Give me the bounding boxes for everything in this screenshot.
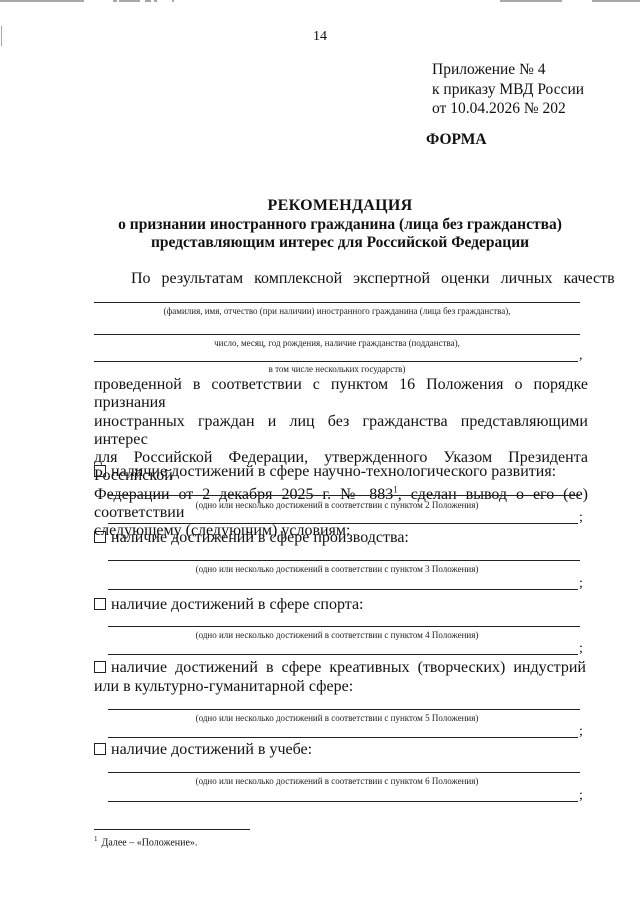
condition-production: наличие достижений в сфере производства:	[94, 529, 409, 547]
body-paragraph: проведенной в соответствии с пунктом 16 …	[94, 376, 588, 541]
document-title: РЕКОМЕНДАЦИЯ о признании иностранного гр…	[80, 197, 600, 253]
title-subtitle: представляющим интерес для Российской Фе…	[80, 234, 600, 253]
achievement-field[interactable]	[108, 654, 578, 655]
footnote-text: Далее – «Положение».	[102, 837, 198, 848]
footnote-separator	[94, 829, 250, 830]
intro-text: По результатам комплексной экспертной оц…	[131, 270, 615, 288]
condition-label: наличие достижений в сфере научно-технол…	[111, 463, 556, 480]
field-end-mark: ;	[579, 724, 583, 740]
condition-education: наличие достижений в учебе:	[94, 741, 312, 759]
achievement-field[interactable]	[108, 523, 578, 524]
checkbox[interactable]	[94, 743, 106, 755]
achievement-field[interactable]	[108, 495, 580, 496]
scan-border-artifact	[0, 0, 640, 2]
checkbox[interactable]	[94, 661, 106, 673]
achievement-field[interactable]	[108, 560, 580, 561]
title-subtitle: о признании иностранного гражданина (лиц…	[80, 216, 600, 235]
condition-label: наличие достижений в сфере креативных (т…	[111, 659, 586, 676]
full-name-field[interactable]	[94, 302, 580, 303]
citizenship-states-field[interactable]	[94, 361, 578, 362]
condition-label: наличие достижений в учебе:	[111, 741, 312, 758]
achievement-field[interactable]	[108, 626, 580, 627]
field-hint: (одно или несколько достижений в соответ…	[94, 776, 580, 786]
achievement-field[interactable]	[108, 772, 580, 773]
field-hint: (одно или несколько достижений в соответ…	[94, 630, 580, 640]
body-line: проведенной в соответствии с пунктом 16 …	[94, 376, 588, 413]
achievement-field[interactable]	[108, 737, 578, 738]
field-end-mark: ;	[579, 788, 583, 804]
field-hint: (одно или несколько достижений в соответ…	[94, 713, 580, 723]
field-hint: (одно или несколько достижений в соответ…	[94, 564, 580, 574]
checkbox[interactable]	[94, 465, 106, 477]
appendix-reference: Приложение № 4 к приказу МВД России от 1…	[432, 60, 584, 119]
footnote: 1Далее – «Положение».	[94, 835, 197, 848]
condition-science-tech: наличие достижений в сфере научно-технол…	[94, 463, 556, 481]
condition-sport: наличие достижений в сфере спорта:	[94, 596, 364, 614]
field-end-mark: ;	[579, 641, 583, 657]
checkbox[interactable]	[94, 531, 106, 543]
footnote-marker: 1	[94, 835, 98, 843]
achievement-field[interactable]	[108, 589, 578, 590]
field-hint: (фамилия, имя, отчество (при наличии) ин…	[94, 306, 580, 316]
body-line: иностранных граждан и лиц без гражданств…	[94, 413, 588, 450]
condition-label-row: наличие достижений в сфере креативных (т…	[94, 658, 586, 677]
field-hint: (одно или несколько достижений в соответ…	[94, 500, 580, 510]
field-hint: в том числе нескольких государств)	[94, 364, 580, 374]
field-end-mark: ,	[579, 348, 583, 364]
field-end-mark: ;	[579, 576, 583, 592]
appendix-line: к приказу МВД России	[432, 80, 584, 100]
appendix-line: от 10.04.2026 № 202	[432, 99, 584, 119]
checkbox[interactable]	[94, 598, 106, 610]
field-end-mark: ;	[579, 510, 583, 526]
condition-creative-industries: наличие достижений в сфере креативных (т…	[94, 658, 586, 696]
form-label: ФОРМА	[426, 131, 487, 149]
appendix-line: Приложение № 4	[432, 60, 584, 80]
condition-label-row: или в культурно-гуманитарной сфере:	[94, 677, 586, 696]
achievement-field[interactable]	[108, 709, 580, 710]
condition-label: наличие достижений в сфере производства:	[111, 529, 409, 546]
birth-citizenship-field[interactable]	[94, 334, 580, 335]
title-main: РЕКОМЕНДАЦИЯ	[80, 197, 600, 216]
page-number: 14	[0, 29, 640, 45]
field-hint: число, месяц, год рождения, наличие граж…	[94, 338, 580, 348]
achievement-field[interactable]	[108, 801, 578, 802]
condition-label: наличие достижений в сфере спорта:	[111, 596, 364, 613]
